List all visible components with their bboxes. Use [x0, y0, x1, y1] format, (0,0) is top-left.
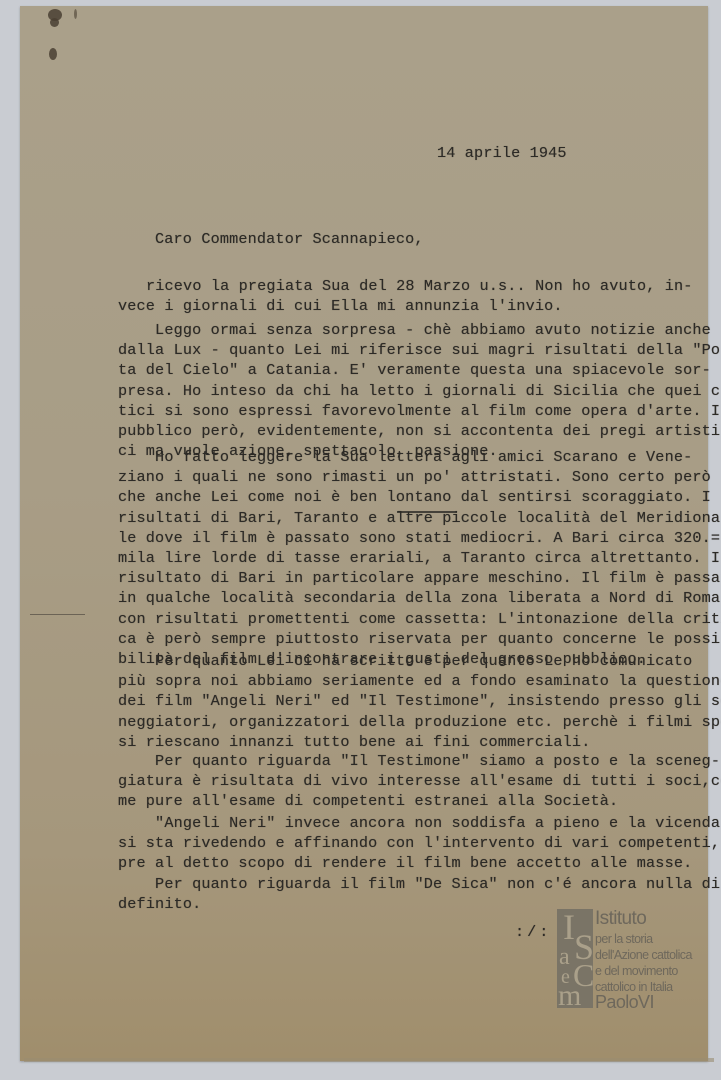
text-line: "Angeli Neri" invece ancora non soddisfa… — [118, 813, 721, 833]
text-line: pre al detto scopo di rendere il film be… — [118, 853, 721, 873]
text-line: che anche Lei come noi è ben lontano dal… — [118, 487, 721, 507]
text-line: pubblico però, evidentemente, non si acc… — [118, 421, 721, 441]
text-line: con risultati promettenti come cassetta:… — [118, 609, 721, 629]
logo-letter: m — [558, 981, 581, 1011]
paragraph-4: Per quanto Lei ci ha scritto e per quant… — [118, 651, 721, 752]
paragraph-5: Per quanto riguarda "Il Testimone" siamo… — [118, 751, 721, 812]
text-line: più sopra noi abbiamo seriamente ed a fo… — [118, 671, 721, 691]
signoff-mark: :/: — [515, 922, 551, 942]
ink-stain — [74, 9, 77, 19]
strikethrough-correction — [397, 511, 457, 513]
logo-text-line: PaoloVI — [595, 993, 654, 1011]
text-line: vece i giornali di cui Ella mi annunzia … — [118, 296, 563, 316]
text-line: neggiatori, organizzatori della produzio… — [118, 712, 721, 732]
text-line: tici si sono espressi favorevolmente al … — [118, 401, 721, 421]
text-line: giatura è risultata di vivo interesse al… — [118, 771, 721, 791]
logo-text-line: per la storia — [595, 931, 653, 947]
paper-edge — [24, 1058, 714, 1062]
text-line: Ho fatto leggere la Sua lettera agli ami… — [118, 447, 721, 467]
text-line: ta del Cielo" a Catania. E' veramente qu… — [118, 360, 721, 380]
text-line: me pure all'esame di competenti estranei… — [118, 791, 721, 811]
text-line: Leggo ormai senza sorpresa - chè abbiamo… — [118, 320, 721, 340]
text-line: in qualche località secondaria della zon… — [118, 588, 721, 608]
paragraph-6: "Angeli Neri" invece ancora non soddisfa… — [118, 813, 721, 874]
text-line: presa. Ho inteso da chi ha letto i giorn… — [118, 381, 721, 401]
text-line: mila lire lorde di tasse erariali, a Tar… — [118, 548, 721, 568]
text-line: ziano i quali ne sono rimasti un po' att… — [118, 467, 721, 487]
paragraph-2: Leggo ormai senza sorpresa - chè abbiamo… — [118, 320, 721, 461]
text-line: dei film "Angeli Neri" ed "Il Testimone"… — [118, 691, 721, 711]
isacem-watermark-logo: I S a e C m Istituto per la storia dell'… — [557, 909, 697, 1011]
ink-stain — [49, 48, 57, 60]
text-line: risultato di Bari in particolare appare … — [118, 568, 721, 588]
text-line: Per quanto riguarda "Il Testimone" siamo… — [118, 751, 721, 771]
paragraph-1-cont: vece i giornali di cui Ella mi annunzia … — [118, 296, 563, 316]
text-line: le dove il film è passato sono stati med… — [118, 528, 721, 548]
margin-line-mark — [30, 614, 85, 615]
text-line: si riescano innanzi tutto bene ai fini c… — [118, 732, 721, 752]
letter-salutation: Caro Commendator Scannapieco, — [155, 229, 424, 249]
ink-stain — [50, 18, 59, 27]
logo-text-line: Istituto — [595, 909, 646, 929]
paragraph-3: Ho fatto leggere la Sua lettera agli ami… — [118, 447, 721, 669]
text-line: Per quanto Lei ci ha scritto e per quant… — [118, 651, 721, 671]
logo-text-line: dell'Azione cattolica — [595, 947, 692, 963]
paragraph-1: ricevo la pregiata Sua del 28 Marzo u.s.… — [146, 276, 693, 296]
logo-text-line: e del movimento — [595, 963, 678, 979]
text-line: ricevo la pregiata Sua del 28 Marzo u.s.… — [146, 276, 693, 296]
letter-date: 14 aprile 1945 — [437, 143, 567, 163]
text-line: si sta rivedendo e affinando con l'inter… — [118, 833, 721, 853]
text-line: Per quanto riguarda il film "De Sica" no… — [118, 874, 720, 894]
text-line: dalla Lux - quanto Lei mi riferisce sui … — [118, 340, 721, 360]
text-line: ca è però sempre piuttosto riservata per… — [118, 629, 721, 649]
